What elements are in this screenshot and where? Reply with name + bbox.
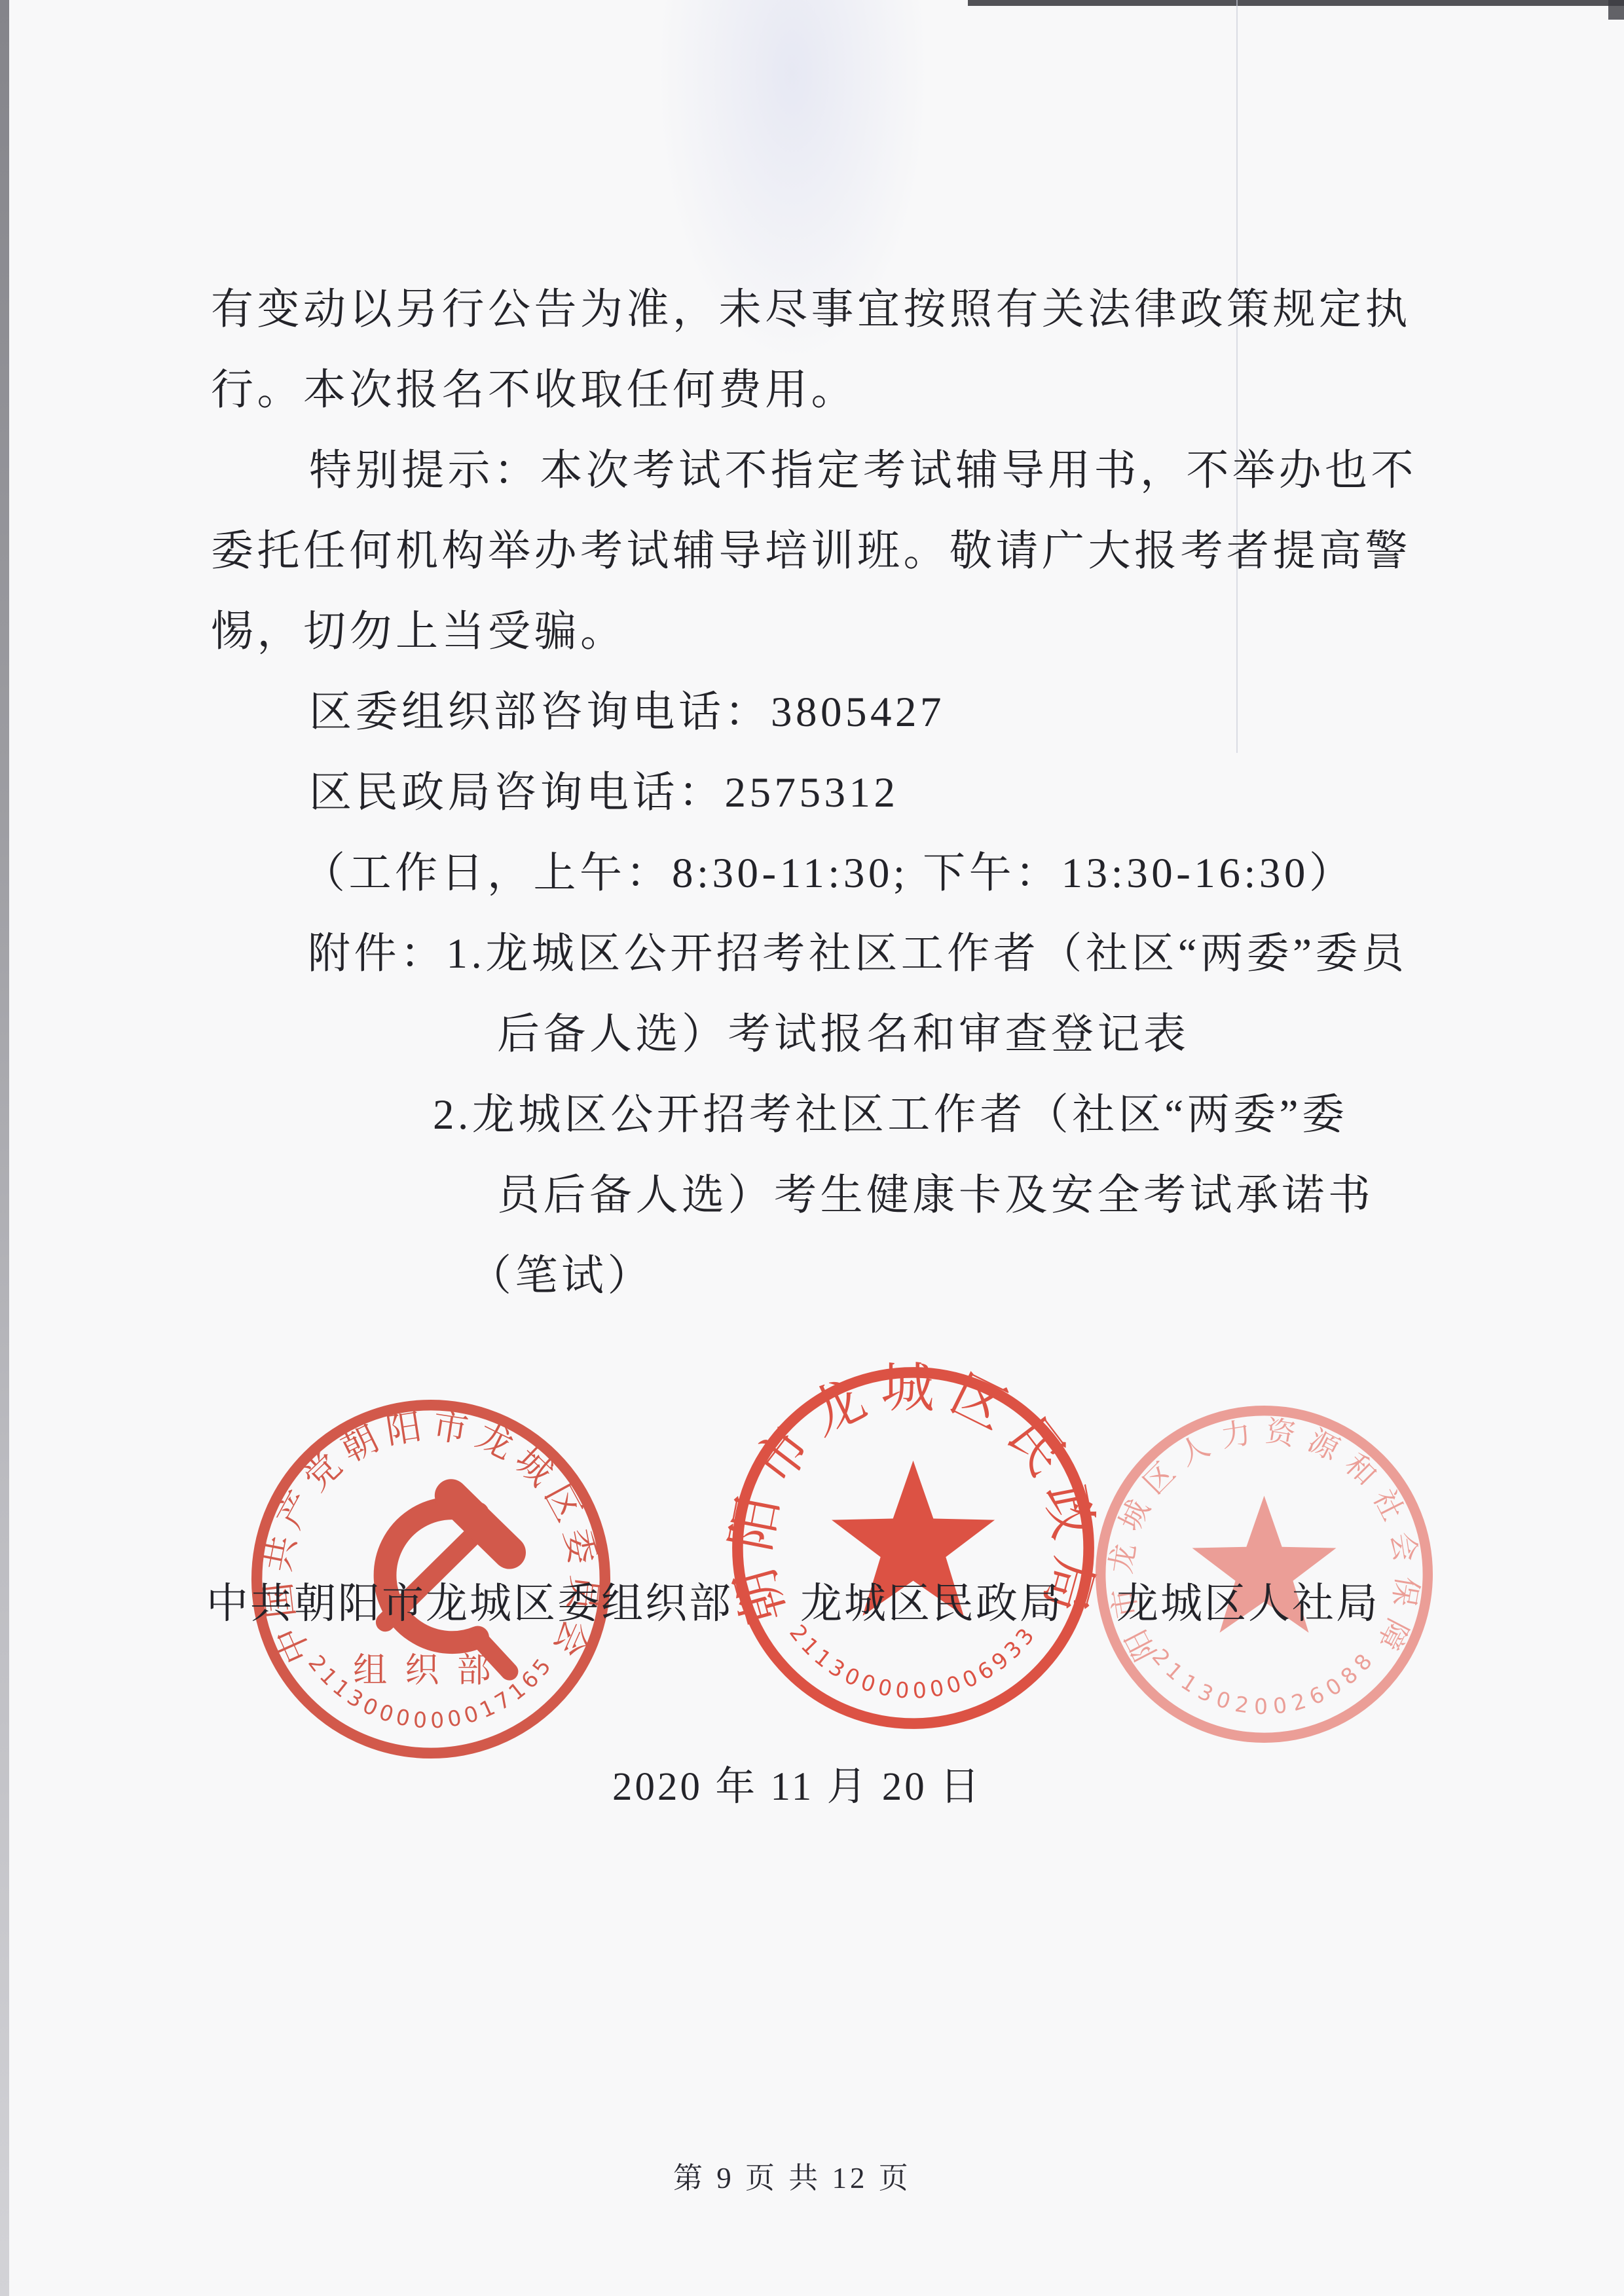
text-line: （笔试） bbox=[469, 1236, 1442, 1317]
seal-serial-number: 2113020026088 bbox=[1147, 1644, 1382, 1719]
text-line: 2.龙城区公开招考社区工作者（社区“两委”委 bbox=[433, 1075, 1442, 1156]
text-line: 有变动以另行公告为准，未尽事宜按照有关法律政策规定执 bbox=[211, 270, 1442, 350]
official-seal-civil-affairs: 朝阳市龙城区民政局 2113000000006933 bbox=[722, 1357, 1105, 1740]
text-line: 附件：1.龙城区公开招考社区工作者（社区“两委”委员 bbox=[308, 914, 1442, 994]
text-line: （工作日，上午：8:30-11:30; 下午：13:30-16:30） bbox=[303, 833, 1442, 914]
scan-left-edge bbox=[0, 0, 9, 2296]
scan-top-edge bbox=[968, 0, 1624, 6]
seal-serial-number: 2113000000006933 bbox=[784, 1620, 1042, 1704]
signature-org-1: 中共朝阳市龙城区委组织部 bbox=[206, 1570, 733, 1630]
text-line: 委托任何机构举办考试辅导培训班。敬请广大报考者提高警 bbox=[211, 511, 1442, 592]
scan-corner bbox=[1608, 0, 1624, 20]
text-line: 行。本次报名不收取任何费用。 bbox=[211, 350, 1442, 431]
text-line: 员后备人选）考生健康卡及安全考试承诺书 bbox=[497, 1156, 1442, 1236]
text-line: 惕，切勿上当受骗。 bbox=[211, 592, 1442, 672]
page-footer: 第 9 页 共 12 页 bbox=[673, 2154, 912, 2196]
text-line: 区民政局咨询电话：2575312 bbox=[309, 753, 1442, 833]
document-date: 2020 年 11 月 20 日 bbox=[612, 1755, 982, 1812]
text-line: 特别提示：本次考试不指定考试辅导用书，不举办也不 bbox=[309, 431, 1442, 511]
signature-org-2: 龙城区民政局 bbox=[800, 1570, 1063, 1630]
body-text: 有变动以另行公告为准，未尽事宜按照有关法律政策规定执 行。本次报名不收取任何费用… bbox=[211, 270, 1442, 1317]
text-line: 区委组织部咨询电话：3805427 bbox=[309, 672, 1442, 753]
signature-org-3: 龙城区人社局 bbox=[1116, 1570, 1380, 1630]
document-page: 有变动以另行公告为准，未尽事宜按照有关法律政策规定执 行。本次报名不收取任何费用… bbox=[0, 0, 1624, 2296]
text-line: 后备人选）考试报名和审查登记表 bbox=[497, 994, 1442, 1075]
seal-subtitle: 组织部 bbox=[353, 1652, 509, 1690]
